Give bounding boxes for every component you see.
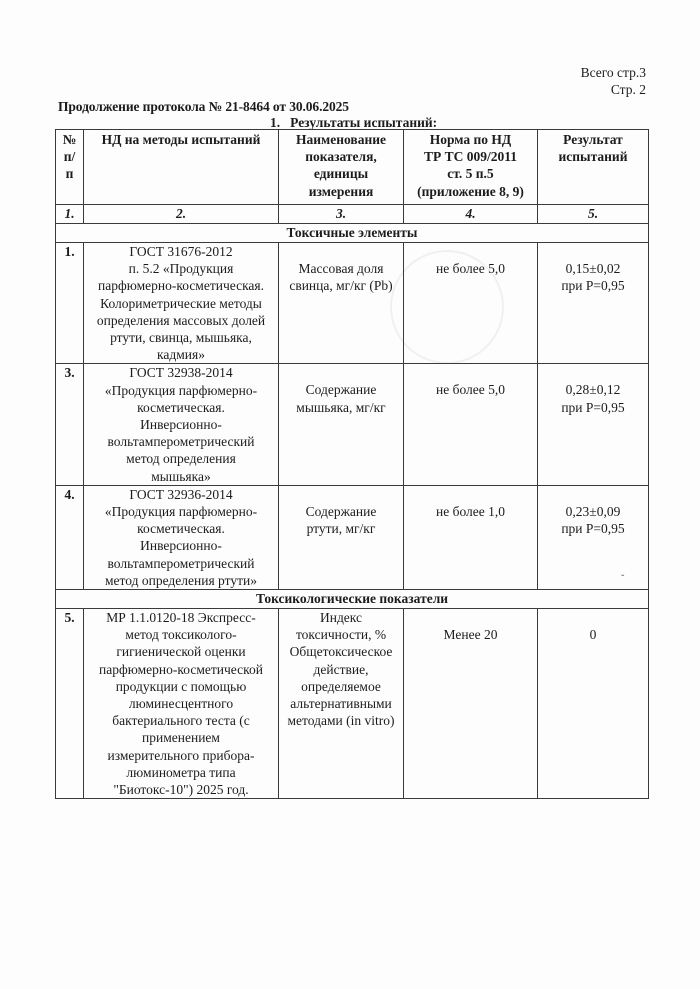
current-page: Стр. 2 <box>581 81 646 98</box>
result-cell: 0,28±0,12при Р=0,95 <box>538 364 649 485</box>
protocol-title: Продолжение протокола № 21-8464 от 30.06… <box>58 99 349 115</box>
scan-mark: ˇ <box>621 574 624 585</box>
table-row: 5.МР 1.1.0120-18 Экспресс-метод токсикол… <box>56 609 649 799</box>
column-number: 1. <box>56 205 84 224</box>
norm-cell: Менее 20 <box>404 609 538 799</box>
method-cell: ГОСТ 32938-2014«Продукция парфюмерно-кос… <box>84 364 279 485</box>
row-index: 5. <box>56 609 84 799</box>
table-row: 1.ГОСТ 31676-2012п. 5.2 «Продукцияпарфюм… <box>56 243 649 364</box>
section-number: 1. <box>270 115 280 130</box>
result-cell: 0 <box>538 609 649 799</box>
header-norm: Норма по НДТР ТС 009/2011ст. 5 п.5(прило… <box>404 130 538 205</box>
group-title: Токсикологические показатели <box>56 590 649 609</box>
group-header-row: Токсичные элементы <box>56 224 649 243</box>
page-info: Всего стр.3 Стр. 2 <box>581 64 646 98</box>
row-index: 4. <box>56 485 84 589</box>
method-cell: ГОСТ 32936-2014«Продукция парфюмерно-кос… <box>84 485 279 589</box>
section-heading: Результаты испытаний: <box>290 115 437 130</box>
indicator-cell: Индекстоксичности, %Общетоксическоедейст… <box>279 609 404 799</box>
indicator-cell: Массовая долясвинца, мг/кг (Pb) <box>279 243 404 364</box>
column-numbering-row: 1. 2. 3. 4. 5. <box>56 205 649 224</box>
indicator-cell: Содержаниертути, мг/кг <box>279 485 404 589</box>
group-header-row: Токсикологические показатели <box>56 590 649 609</box>
column-number: 4. <box>404 205 538 224</box>
result-cell: 0,23±0,09при Р=0,95 <box>538 485 649 589</box>
table-body: Токсичные элементы1.ГОСТ 31676-2012п. 5.… <box>56 224 649 799</box>
header-indicator: Наименованиепоказателя,единицыизмерения <box>279 130 404 205</box>
method-cell: МР 1.1.0120-18 Экспресс-метод токсиколог… <box>84 609 279 799</box>
row-index: 3. <box>56 364 84 485</box>
row-index: 1. <box>56 243 84 364</box>
group-title: Токсичные элементы <box>56 224 649 243</box>
norm-cell: не более 1,0 <box>404 485 538 589</box>
indicator-cell: Содержаниемышьяка, мг/кг <box>279 364 404 485</box>
results-table: №п/п НД на методы испытаний Наименование… <box>55 129 649 799</box>
header-method: НД на методы испытаний <box>84 130 279 205</box>
result-cell: 0,15±0,02при Р=0,95 <box>538 243 649 364</box>
column-number: 2. <box>84 205 279 224</box>
table-row: 3.ГОСТ 32938-2014«Продукция парфюмерно-к… <box>56 364 649 485</box>
norm-cell: не более 5,0 <box>404 364 538 485</box>
total-pages: Всего стр.3 <box>581 64 646 81</box>
norm-cell: не более 5,0 <box>404 243 538 364</box>
method-cell: ГОСТ 31676-2012п. 5.2 «Продукцияпарфюмер… <box>84 243 279 364</box>
column-number: 5. <box>538 205 649 224</box>
table-header-row: №п/п НД на методы испытаний Наименование… <box>56 130 649 205</box>
table-row: 4.ГОСТ 32936-2014«Продукция парфюмерно-к… <box>56 485 649 589</box>
header-index: №п/п <box>56 130 84 205</box>
column-number: 3. <box>279 205 404 224</box>
header-result: Результатиспытаний <box>538 130 649 205</box>
